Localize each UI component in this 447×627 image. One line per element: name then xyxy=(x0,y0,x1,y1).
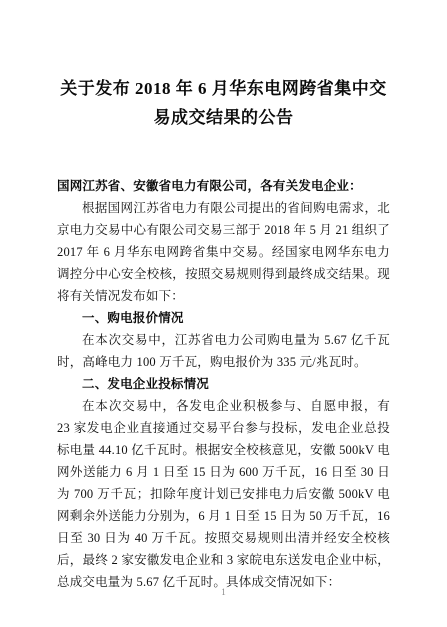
paragraph-purchase-bidding: 在本次交易中，江苏省电力公司购电量为 5.67 亿千瓦时，高峰电力 100 万千… xyxy=(57,329,390,373)
document-page: 关于发布 2018 年 6 月华东电网跨省集中交易成交结果的公告 国网江苏省、安… xyxy=(0,0,447,627)
paragraph-intro: 根据国网江苏省电力有限公司提出的省间购电需求，北京电力交易中心有限公司交易三部于… xyxy=(57,197,390,307)
salutation-line: 国网江苏省、安徽省电力有限公司，各有关发电企业： xyxy=(57,175,390,197)
document-body: 国网江苏省、安徽省电力有限公司，各有关发电企业： 根据国网江苏省电力有限公司提出… xyxy=(57,175,390,593)
document-title: 关于发布 2018 年 6 月华东电网跨省集中交易成交结果的公告 xyxy=(57,74,390,132)
paragraph-generator-bidding: 在本次交易中，各发电企业积极参与、自愿申报，有 23 家发电企业直接通过交易平台… xyxy=(57,395,390,593)
page-number: 1 xyxy=(0,587,447,597)
section-heading-generator-bidding: 二、发电企业投标情况 xyxy=(57,373,390,395)
section-heading-purchase-bidding: 一、购电报价情况 xyxy=(57,307,390,329)
